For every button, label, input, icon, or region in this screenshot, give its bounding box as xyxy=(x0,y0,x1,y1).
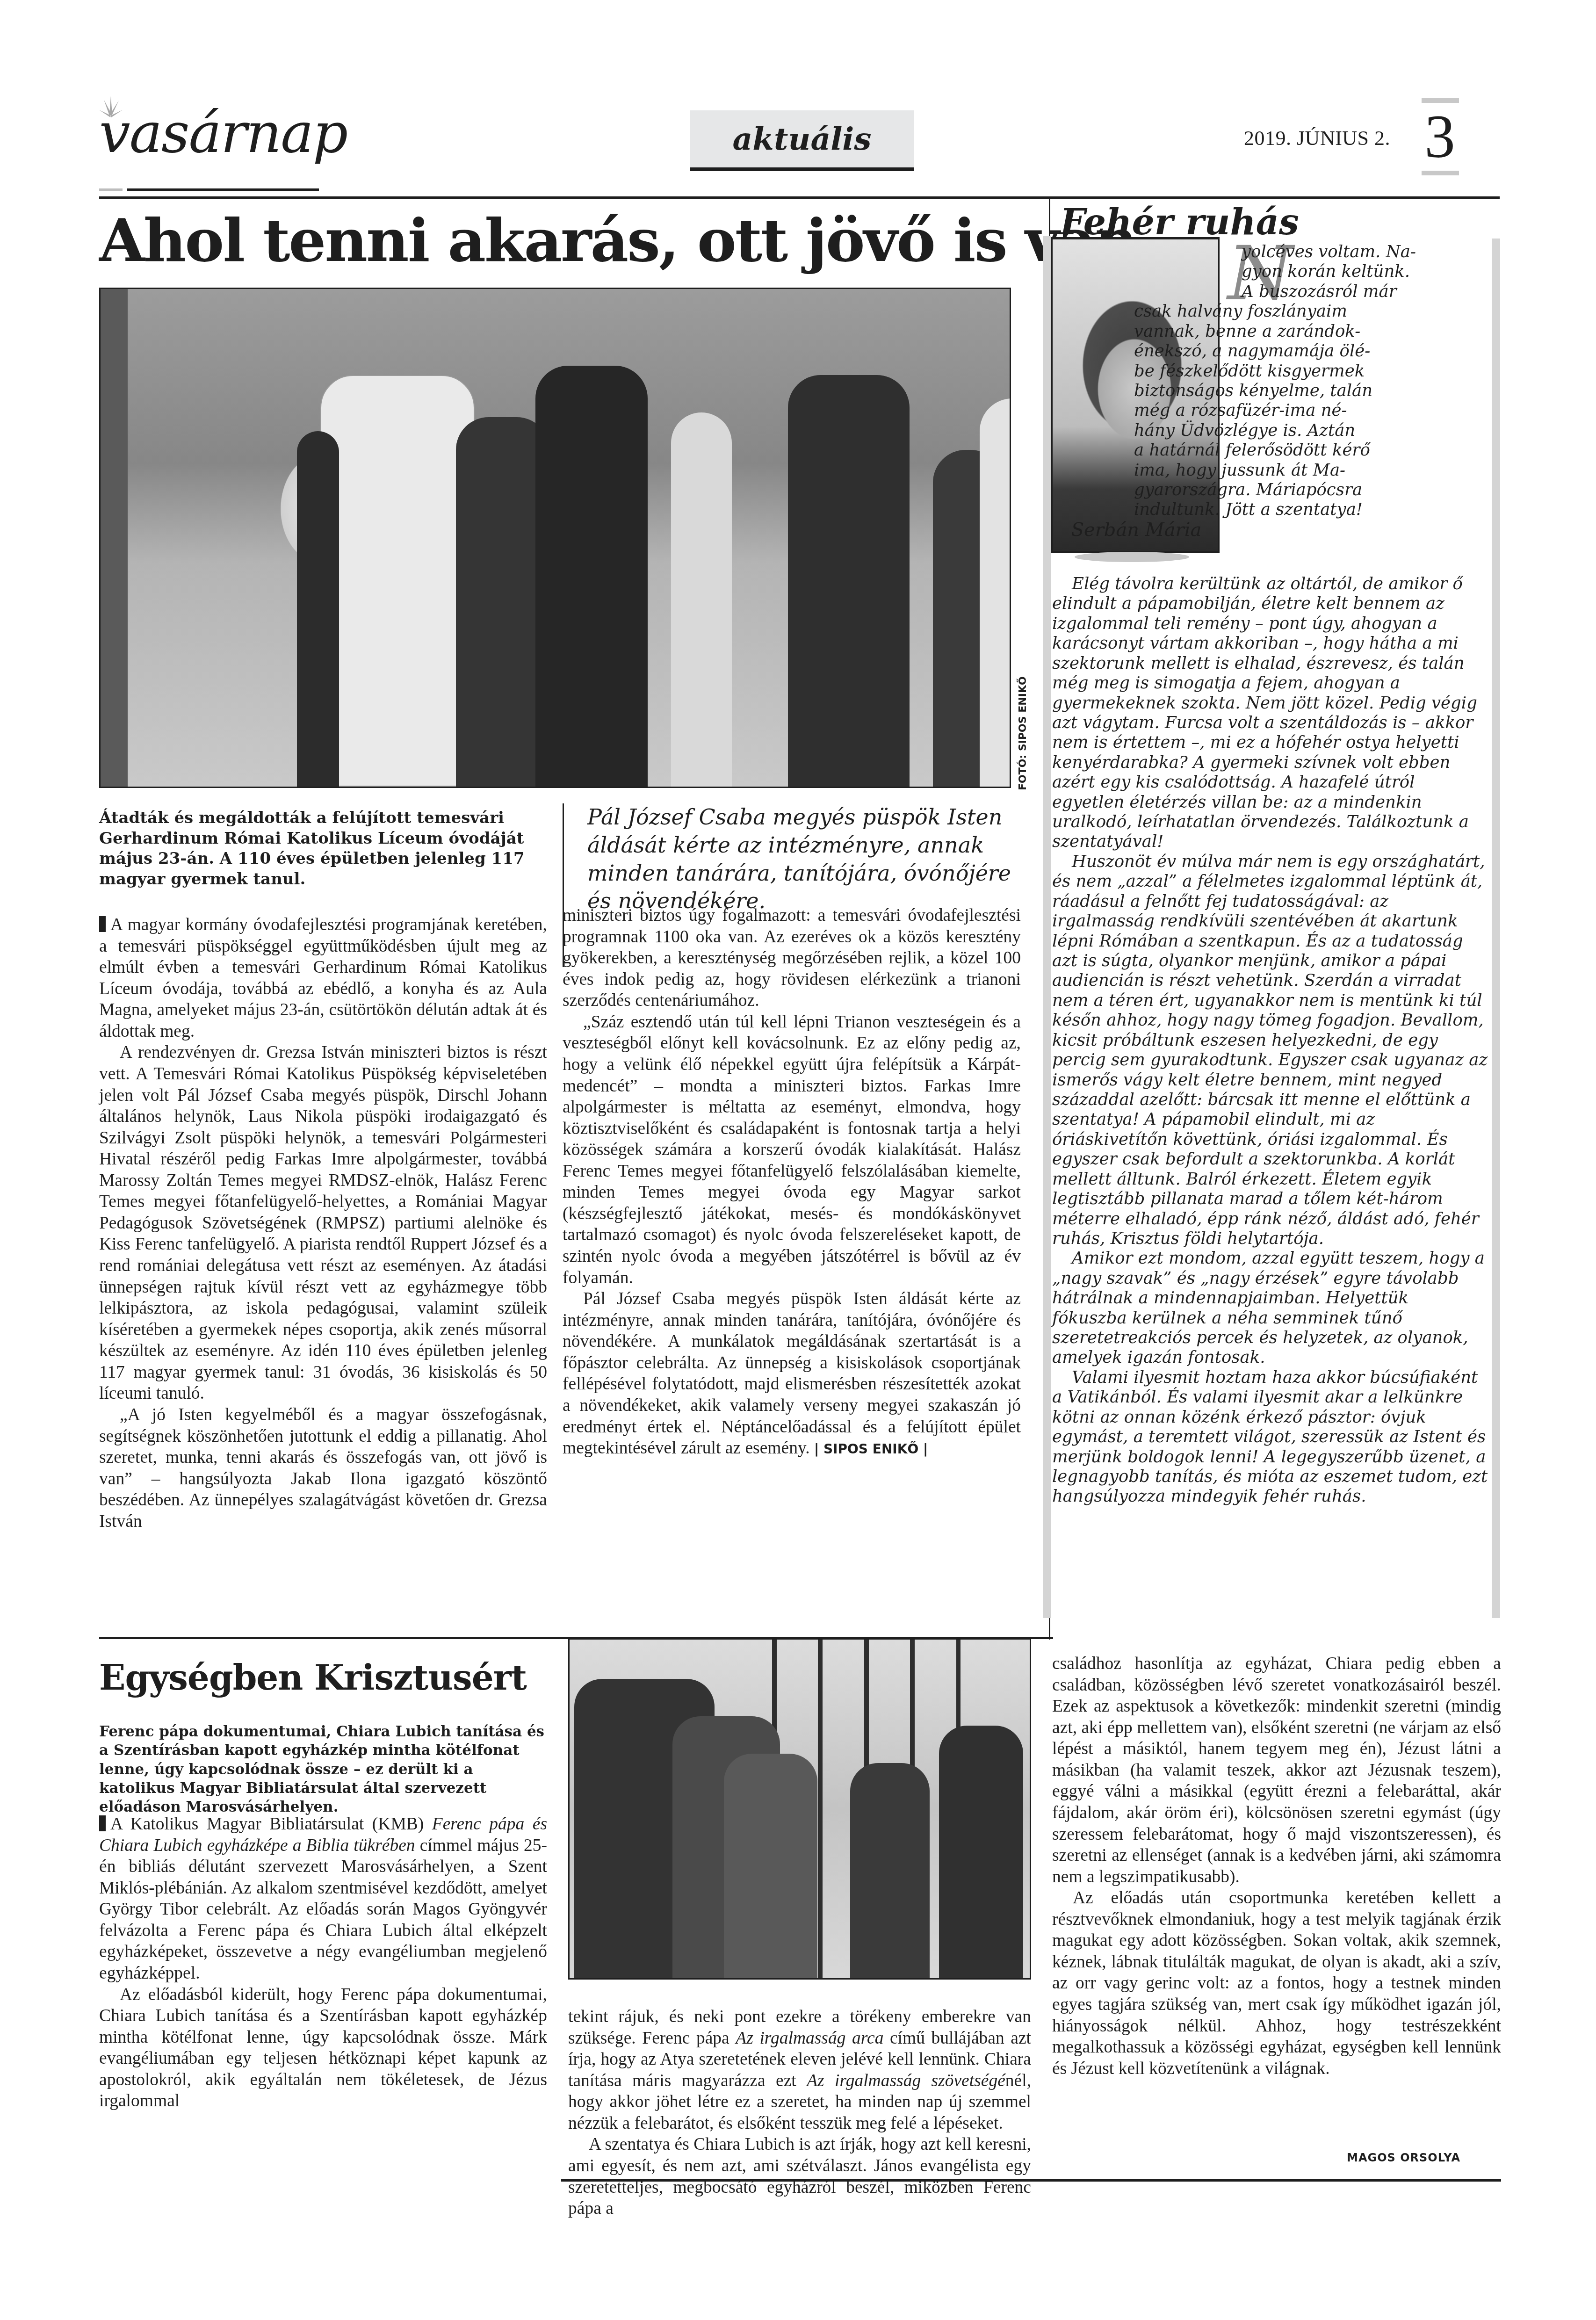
section-label: aktuális xyxy=(732,121,871,157)
paragraph: A rendezvényen dr. Grezsa István miniszt… xyxy=(99,1042,547,1404)
logo-text: vasárnap xyxy=(99,105,347,160)
article-column-1: A magyar kormány óvodafejlesztési progra… xyxy=(99,914,547,1532)
bottom-divider xyxy=(561,2179,1501,2182)
paragraph: Amikor ezt mondom, azzal együtt teszem, … xyxy=(1052,1249,1488,1368)
main-headline: Ahol tenni akarás, ott jövő is van xyxy=(99,208,1136,273)
second-article-column-2: tekint rájuk, és neki pont ezekre a töré… xyxy=(568,2006,1031,2219)
paragraph: családhoz hasonlítja az egyházat, Chiara… xyxy=(1052,1653,1501,1887)
author-swoosh-decoration xyxy=(1075,552,1189,562)
section-tab: aktuális xyxy=(690,110,914,171)
paragraph: A magyar kormány óvodafejlesztési progra… xyxy=(99,914,547,1042)
paragraph: „A jó Isten kegyelméből és a magyar össz… xyxy=(99,1404,547,1532)
second-headline: Egységben Krisztusért xyxy=(99,1658,527,1698)
second-article-column-1: A Katolikus Magyar Bibliatársulat (KMB) … xyxy=(99,1814,547,2112)
issue-date: 2019. JÚNIUS 2. xyxy=(1244,126,1390,150)
paragraph-marker-icon xyxy=(99,916,106,932)
page-number: 3 xyxy=(1424,106,1455,167)
paragraph: Valami ilyesmit hoztam haza akkor búcsúf… xyxy=(1052,1368,1488,1507)
main-article-photo xyxy=(99,288,1011,788)
paragraph: Huszonöt év múlva már nem is egy országh… xyxy=(1052,852,1488,1249)
byline: | SIPOS ENIKŐ | xyxy=(814,1441,928,1457)
second-article-photo xyxy=(568,1638,1031,1980)
paragraph: „Száz esztendő után túl kell lépni Trian… xyxy=(563,1012,1021,1288)
sidebar-shade-left xyxy=(1043,236,1051,1618)
paragraph: Az előadásból kiderült, hogy Ferenc pápa… xyxy=(99,1984,547,2112)
paragraph: Pál József Csaba megyés püspök Isten áld… xyxy=(563,1288,1021,1459)
article-column-2: miniszteri biztos úgy fogalmazott: a tem… xyxy=(563,905,1021,1459)
column-intro: yolcéves voltam. Na- gyon korán keltünk.… xyxy=(1134,242,1489,520)
second-article-lead: Ferenc pápa dokumentumai, Chiara Lubich … xyxy=(99,1722,553,1816)
photo-credit: FOTÓ: SIPOS ENIKŐ xyxy=(1017,678,1036,790)
sidebar-shade-right xyxy=(1492,239,1500,1618)
paragraph: A szentatya és Chiara Lubich is azt írjá… xyxy=(568,2134,1031,2219)
column-body: Elég távolra kerültünk az oltártól, de a… xyxy=(1052,574,1488,1507)
page-number-box: 3 xyxy=(1422,98,1459,173)
paragraph: tekint rájuk, és neki pont ezekre a töré… xyxy=(568,2006,1031,2134)
second-article-byline: MAGOS ORSOLYA xyxy=(1347,2151,1460,2164)
masthead-logo: vasárnap xyxy=(99,96,347,166)
top-divider xyxy=(99,196,1500,199)
paragraph: miniszteri biztos úgy fogalmazott: a tem… xyxy=(563,905,1021,1012)
logo-underline xyxy=(99,188,319,191)
article-lead: Átadták és megáldották a felújított teme… xyxy=(99,808,557,889)
paragraph: Elég távolra kerültünk az oltártól, de a… xyxy=(1052,574,1488,852)
second-article-column-3: családhoz hasonlítja az egyházat, Chiara… xyxy=(1052,1653,1501,2079)
paragraph-marker-icon xyxy=(99,1815,106,1831)
author-name: Serbán Mária xyxy=(1062,519,1211,541)
paragraph: Az előadás után csoportmunka keretében k… xyxy=(1052,1887,1501,2079)
paragraph: A Katolikus Magyar Bibliatársulat (KMB) … xyxy=(99,1814,547,1984)
